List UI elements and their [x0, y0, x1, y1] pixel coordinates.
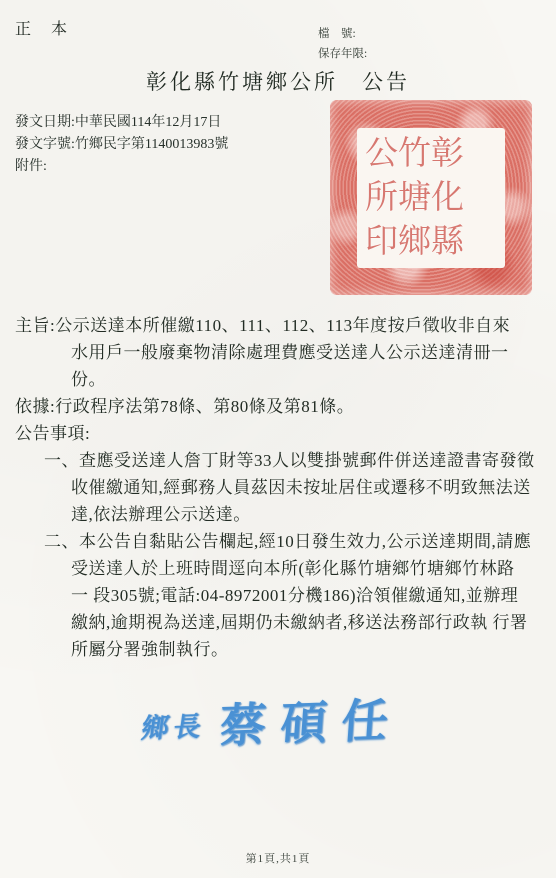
mayor-name: 蔡碩任	[218, 683, 406, 756]
item-2-line: 一 段305號;電話:04-8972001分機186)洽領催繳通知,並辦理	[15, 582, 549, 609]
file-number-label: 檔 號:	[318, 24, 367, 44]
subject-line: 水用戶一般廢棄物清除處理費應受送達人公示送達清冊一	[15, 339, 549, 366]
announcement-body: 主旨:公示送達本所催繳110、111、112、113年度按戶徵收非自來 水用戶一…	[15, 312, 549, 663]
mayor-title: 鄉長	[139, 704, 208, 745]
item-1-line: 一、查應受送達人詹丁財等33人以雙掛號郵件併送達證書寄發徵	[15, 447, 549, 474]
legal-basis-line: 依據:行政程序法第78條、第80條及第81條。	[15, 393, 549, 420]
item-2-line: 受送達人於上班時間逕向本所(彰化縣竹塘鄉竹塘鄉竹林路	[15, 555, 549, 582]
official-red-seal: 公竹彰 所塘化 印鄉縣	[330, 100, 532, 295]
mayor-signature-stamp: 鄉長 蔡碩任	[141, 683, 404, 758]
item-1-line: 收催繳通知,經郵務人員茲因未按址居住或遷移不明致無法送	[15, 474, 549, 501]
seal-row: 印鄉縣	[365, 226, 497, 259]
announcement-items-header: 公告事項:	[15, 420, 549, 447]
archive-info: 檔 號: 保存年限:	[318, 24, 367, 64]
retention-period-label: 保存年限:	[318, 44, 367, 64]
subject-line: 主旨:公示送達本所催繳110、111、112、113年度按戶徵收非自來	[15, 312, 549, 339]
announcement-document: 正 本 檔 號: 保存年限: 彰化縣竹塘鄉公所 公告 發文日期:中華民國114年…	[0, 0, 556, 878]
subject-line: 份。	[15, 366, 549, 393]
seal-row: 所塘化	[365, 182, 497, 215]
item-1-line: 達,依法辦理公示送達。	[15, 501, 549, 528]
item-2-line: 繳納,逾期視為送達,屆期仍未繳納者,移送法務部行政執 行署	[15, 609, 549, 636]
document-number: 發文字號:竹鄉民字第1140013983號	[15, 134, 228, 156]
item-2-line: 二、本公告自黏貼公告欄起,經10日發生效力,公示送達期間,請應	[15, 528, 549, 555]
seal-inscription: 公竹彰 所塘化 印鄉縣	[357, 128, 505, 268]
seal-row: 公竹彰	[365, 138, 497, 171]
document-meta: 發文日期:中華民國114年12月17日 發文字號:竹鄉民字第1140013983…	[15, 112, 228, 178]
copy-type-label: 正 本	[15, 16, 69, 39]
attachment-label: 附件:	[15, 156, 228, 178]
issue-date: 發文日期:中華民國114年12月17日	[15, 112, 228, 134]
document-title: 彰化縣竹塘鄉公所 公告	[0, 66, 556, 96]
item-2-line: 所屬分署強制執行。	[15, 636, 549, 663]
page-footer: 第1頁,共1頁	[0, 850, 556, 866]
